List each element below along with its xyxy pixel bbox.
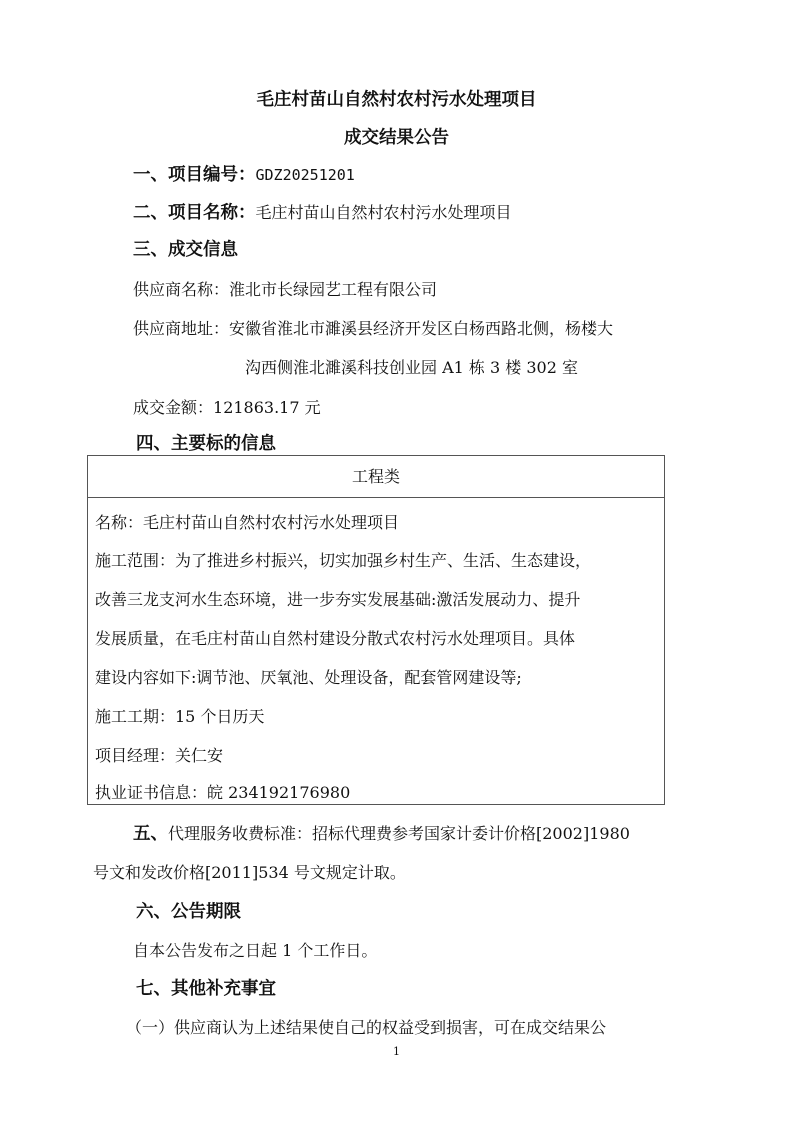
project-number: GDZ20251201 — [256, 166, 355, 184]
label: 成交金额： — [133, 398, 213, 417]
table-row: 发展质量，在毛庄村苗山自然村建设分散式农村污水处理项目。具体 — [95, 626, 575, 649]
notice-period-text: 自本公告发布之日起 1 个工作日。 — [133, 938, 377, 961]
table-row: 施工工期：15 个日历天 — [95, 704, 264, 727]
subject-info-table: 工程类 名称：毛庄村苗山自然村农村污水处理项目 施工范围：为了推进乡村振兴，切实… — [87, 455, 665, 805]
table-row: 改善三龙支河水生态环境，进一步夯实发展基础:激活发展动力、提升 — [95, 587, 580, 610]
section-project-number: 一、项目编号：GDZ20251201 — [133, 161, 355, 186]
deal-amount-line: 成交金额：121863.17 元 — [133, 395, 321, 418]
table-row: 施工范围：为了推进乡村振兴，切实加强乡村生产、生活、生态建设， — [95, 548, 591, 571]
page-number: 1 — [0, 1045, 793, 1058]
supplier-address: 安徽省淮北市濉溪县经济开发区白杨西路北侧，杨楼大 — [229, 319, 613, 338]
table-row: 执业证书信息：皖 234192176980 — [95, 780, 350, 803]
supplier-name: 淮北市长绿园艺工程有限公司 — [229, 280, 437, 299]
section-agency-fee: 五、代理服务收费标准：招标代理费参考国家计委计价格[2002]1980 — [133, 820, 630, 845]
label: 供应商名称： — [133, 280, 229, 299]
section-heading-other-matters: 七、其他补充事宜 — [136, 975, 276, 1000]
table-header: 工程类 — [88, 456, 664, 498]
deal-amount: 121863.17 元 — [213, 398, 321, 417]
section-heading-main-subject: 四、主要标的信息 — [136, 430, 276, 455]
supplier-address-cont: 沟西侧淮北濉溪科技创业园 A1 栋 3 楼 302 室 — [245, 355, 578, 378]
project-name: 毛庄村苗山自然村农村污水处理项目 — [256, 203, 512, 222]
section-label: 五、 — [133, 824, 168, 844]
section-project-name: 二、项目名称：毛庄村苗山自然村农村污水处理项目 — [133, 199, 512, 224]
document-subtitle: 成交结果公告 — [0, 124, 793, 149]
section-label: 一、项目编号： — [133, 165, 256, 185]
supplier-address-line: 供应商地址：安徽省淮北市濉溪县经济开发区白杨西路北侧，杨楼大 — [133, 316, 613, 339]
table-row: 名称：毛庄村苗山自然村农村污水处理项目 — [95, 510, 399, 533]
table-row: 建设内容如下:调节池、厌氧池、处理设备，配套管网建设等; — [95, 665, 522, 688]
section-label: 二、项目名称： — [133, 203, 256, 223]
document-title: 毛庄村苗山自然村农村污水处理项目 — [0, 86, 793, 111]
table-row: 项目经理：关仁安 — [95, 743, 223, 766]
supplier-name-line: 供应商名称：淮北市长绿园艺工程有限公司 — [133, 277, 437, 300]
section-heading-notice-period: 六、公告期限 — [136, 898, 241, 923]
other-matters-text: （一）供应商认为上述结果使自己的权益受到损害，可在成交结果公 — [126, 1015, 606, 1038]
section-heading-deal-info: 三、成交信息 — [133, 236, 238, 261]
agency-fee-cont: 号文和发改价格[2011]534 号文规定计取。 — [93, 860, 406, 883]
agency-fee-text: 代理服务收费标准：招标代理费参考国家计委计价格[2002]1980 — [168, 824, 630, 843]
label: 供应商地址： — [133, 319, 229, 338]
